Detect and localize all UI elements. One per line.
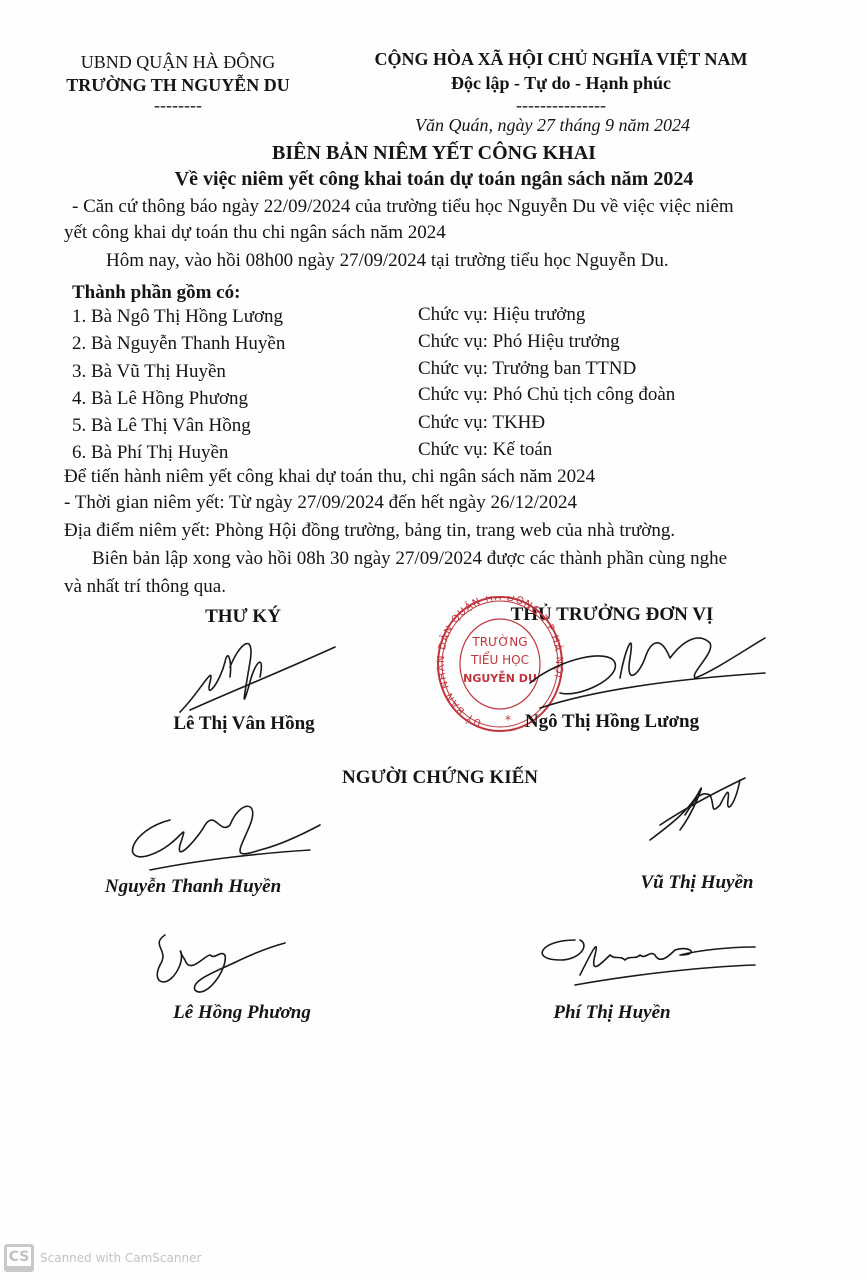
document-title: BIÊN BẢN NIÊM YẾT CÔNG KHAI [272, 142, 596, 165]
document-subtitle: Về việc niêm yết công khai toán dự toán … [175, 168, 694, 191]
witness-signature-4 [530, 925, 760, 995]
motto-rule: --------------- [516, 95, 606, 116]
member-role: Chức vụ: Phó Hiệu trưởng [418, 331, 620, 353]
member-name: 6. Bà Phí Thị Huyền [72, 442, 228, 464]
head-signature [520, 618, 770, 718]
member-role: Chức vụ: Phó Chủ tịch công đoàn [418, 384, 675, 406]
basis-line-1: - Căn cứ thông báo ngày 22/09/2024 của t… [72, 196, 734, 218]
member-role: Chức vụ: TKHĐ [418, 412, 545, 434]
camscanner-watermark: CS Scanned with CamScanner [4, 1244, 201, 1272]
purpose: Để tiến hành niêm yết công khai dự toán … [64, 466, 595, 488]
national-motto: Độc lập - Tự do - Hạnh phúc [451, 73, 671, 94]
org-parent: UBND QUẬN HÀ ĐÔNG [81, 52, 276, 73]
head-name: Ngô Thị Hồng Lương [525, 711, 699, 733]
witness-name-1: Nguyễn Thanh Huyền [105, 876, 281, 898]
members-heading: Thành phần gồm có: [72, 282, 240, 304]
witness-signature-3 [150, 925, 290, 1005]
witness-signature-2 [640, 770, 750, 850]
witness-name-2: Vũ Thị Huyền [641, 872, 754, 894]
org-rule: -------- [154, 95, 202, 116]
posting-location: Địa điểm niêm yết: Phòng Hội đồng trường… [64, 520, 675, 542]
org-name: TRƯỜNG TH NGUYỄN DU [66, 75, 290, 96]
closing-line-2: và nhất trí thông qua. [64, 576, 226, 598]
camscanner-text: Scanned with CamScanner [40, 1251, 201, 1265]
place-date: Văn Quán, ngày 27 tháng 9 năm 2024 [415, 115, 690, 136]
member-role: Chức vụ: Hiệu trưởng [418, 304, 585, 326]
member-name: 3. Bà Vũ Thị Huyền [72, 361, 226, 383]
member-name: 1. Bà Ngô Thị Hồng Lương [72, 306, 283, 328]
member-name: 5. Bà Lê Thị Vân Hồng [72, 415, 251, 437]
basis-line-2: yết công khai dự toán thu chi ngân sách … [64, 222, 446, 244]
witness-heading: NGƯỜI CHỨNG KIẾN [342, 767, 538, 789]
member-name: 2. Bà Nguyễn Thanh Huyền [72, 333, 285, 355]
secretary-name: Lê Thị Vân Hồng [173, 713, 314, 735]
member-role: Chức vụ: Kế toán [418, 439, 552, 461]
meeting-time: Hôm nay, vào hồi 08h00 ngày 27/09/2024 t… [106, 250, 669, 272]
witness-name-4: Phí Thị Huyền [553, 1002, 670, 1024]
secretary-signature [170, 622, 340, 717]
member-name: 4. Bà Lê Hồng Phương [72, 388, 248, 410]
camscanner-logo-icon: CS [4, 1244, 34, 1272]
member-role: Chức vụ: Trưởng ban TTND [418, 358, 636, 380]
national-title: CỘNG HÒA XÃ HỘI CHỦ NGHĨA VIỆT NAM [375, 49, 748, 70]
witness-signature-1 [120, 795, 330, 875]
svg-text:*: * [505, 713, 511, 727]
posting-period: - Thời gian niêm yết: Từ ngày 27/09/2024… [64, 492, 577, 514]
witness-name-3: Lê Hồng Phương [173, 1002, 311, 1024]
closing-line-1: Biên bản lập xong vào hồi 08h 30 ngày 27… [92, 548, 727, 570]
